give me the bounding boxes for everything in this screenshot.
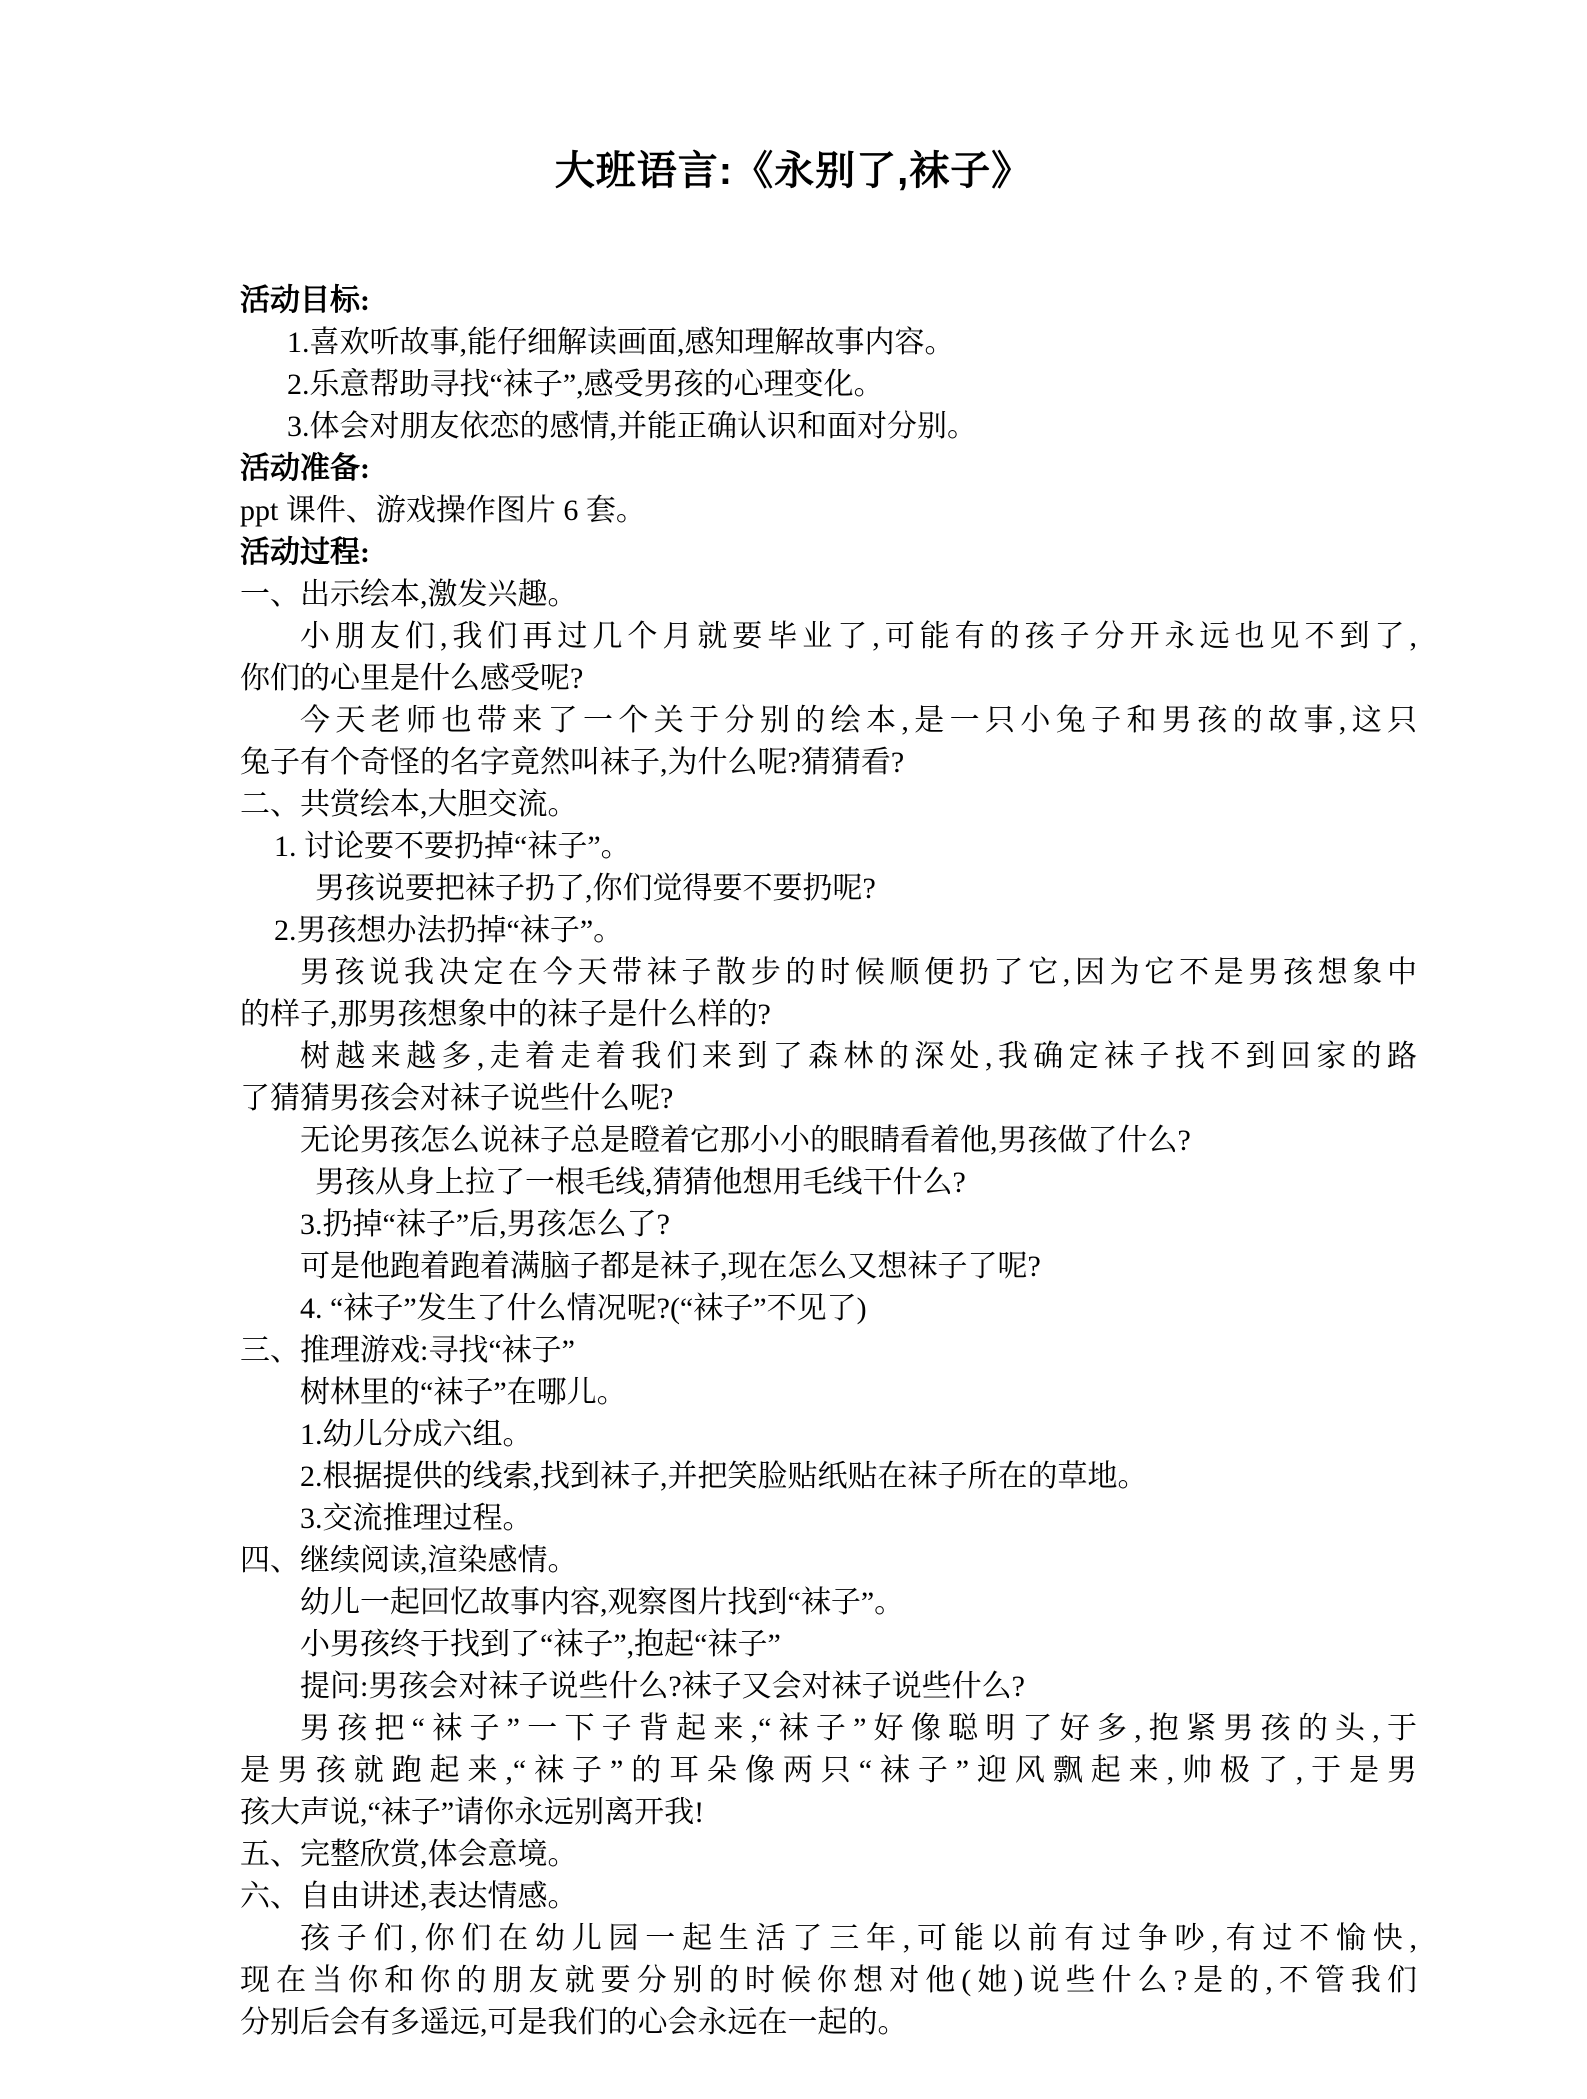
text-line: 二、共赏绘本,大胆交流。 <box>240 784 1417 826</box>
text-line: 2.男孩想办法扔掉“袜子”。 <box>240 910 1417 952</box>
document-title: 大班语言:《永别了,袜子》 <box>0 0 1587 194</box>
text-line: 是男孩就跑起来,“袜子”的耳朵像两只“袜子”迎风飘起来,帅极了,于是男 <box>240 1750 1417 1792</box>
text-line: 男孩把“袜子”一下子背起来,“袜子”好像聪明了好多,抱紧男孩的头,于 <box>240 1708 1417 1750</box>
text-line: 男孩说我决定在今天带袜子散步的时候顺便扔了它,因为它不是男孩想象中 <box>240 952 1417 994</box>
text-line: 现在当你和你的朋友就要分别的时候你想对他(她)说些什么?是的,不管我们 <box>240 1960 1417 2002</box>
text-line: 4. “袜子”发生了什么情况呢?(“袜子”不见了) <box>240 1288 1417 1330</box>
text-line: 1.喜欢听故事,能仔细解读画面,感知理解故事内容。 <box>240 322 1417 364</box>
section-heading: 活动过程: <box>240 532 1417 574</box>
text-line: 2.根据提供的线索,找到袜子,并把笑脸贴纸贴在袜子所在的草地。 <box>240 1456 1417 1498</box>
text-line: 3.体会对朋友依恋的感情,并能正确认识和面对分别。 <box>240 406 1417 448</box>
text-line: 1. 讨论要不要扔掉“袜子”。 <box>240 826 1417 868</box>
document-page: 大班语言:《永别了,袜子》 活动目标:1.喜欢听故事,能仔细解读画面,感知理解故… <box>0 0 1587 2099</box>
text-line: 兔子有个奇怪的名字竟然叫袜子,为什么呢?猜猜看? <box>240 742 1417 784</box>
text-line: 男孩从身上拉了一根毛线,猜猜他想用毛线干什么? <box>240 1162 1417 1204</box>
text-line: 一、出示绘本,激发兴趣。 <box>240 574 1417 616</box>
text-line: 孩大声说,“袜子”请你永远别离开我! <box>240 1792 1417 1834</box>
text-line: 小朋友们,我们再过几个月就要毕业了,可能有的孩子分开永远也见不到了, <box>240 616 1417 658</box>
text-line: 了猜猜男孩会对袜子说些什么呢? <box>240 1078 1417 1120</box>
text-line: 树林里的“袜子”在哪儿。 <box>240 1372 1417 1414</box>
text-line: 六、自由讲述,表达情感。 <box>240 1876 1417 1918</box>
text-line: 你们的心里是什么感受呢? <box>240 658 1417 700</box>
section-heading: 活动目标: <box>240 280 1417 322</box>
text-line: 五、完整欣赏,体会意境。 <box>240 1834 1417 1876</box>
text-line: 树越来越多,走着走着我们来到了森林的深处,我确定袜子找不到回家的路 <box>240 1036 1417 1078</box>
text-line: 3.交流推理过程。 <box>240 1498 1417 1540</box>
text-line: 男孩说要把袜子扔了,你们觉得要不要扔呢? <box>240 868 1417 910</box>
text-line: 提问:男孩会对袜子说些什么?袜子又会对袜子说些什么? <box>240 1666 1417 1708</box>
text-line: 小男孩终于找到了“袜子”,抱起“袜子” <box>240 1624 1417 1666</box>
text-line: 分别后会有多遥远,可是我们的心会永远在一起的。 <box>240 2002 1417 2044</box>
text-line: 无论男孩怎么说袜子总是瞪着它那小小的眼睛看着他,男孩做了什么? <box>240 1120 1417 1162</box>
text-line: 2.乐意帮助寻找“袜子”,感受男孩的心理变化。 <box>240 364 1417 406</box>
text-line: 孩子们,你们在幼儿园一起生活了三年,可能以前有过争吵,有过不愉快, <box>240 1918 1417 1960</box>
text-line: 3.扔掉“袜子”后,男孩怎么了? <box>240 1204 1417 1246</box>
text-line: 1.幼儿分成六组。 <box>240 1414 1417 1456</box>
text-line: 幼儿一起回忆故事内容,观察图片找到“袜子”。 <box>240 1582 1417 1624</box>
text-line: 的样子,那男孩想象中的袜子是什么样的? <box>240 994 1417 1036</box>
document-body: 活动目标:1.喜欢听故事,能仔细解读画面,感知理解故事内容。2.乐意帮助寻找“袜… <box>0 280 1587 2044</box>
text-line: 四、继续阅读,渲染感情。 <box>240 1540 1417 1582</box>
section-heading: 活动准备: <box>240 448 1417 490</box>
text-line: ppt 课件、游戏操作图片 6 套。 <box>240 490 1417 532</box>
text-line: 可是他跑着跑着满脑子都是袜子,现在怎么又想袜子了呢? <box>240 1246 1417 1288</box>
text-line: 今天老师也带来了一个关于分别的绘本,是一只小兔子和男孩的故事,这只 <box>240 700 1417 742</box>
text-line: 三、推理游戏:寻找“袜子” <box>240 1330 1417 1372</box>
